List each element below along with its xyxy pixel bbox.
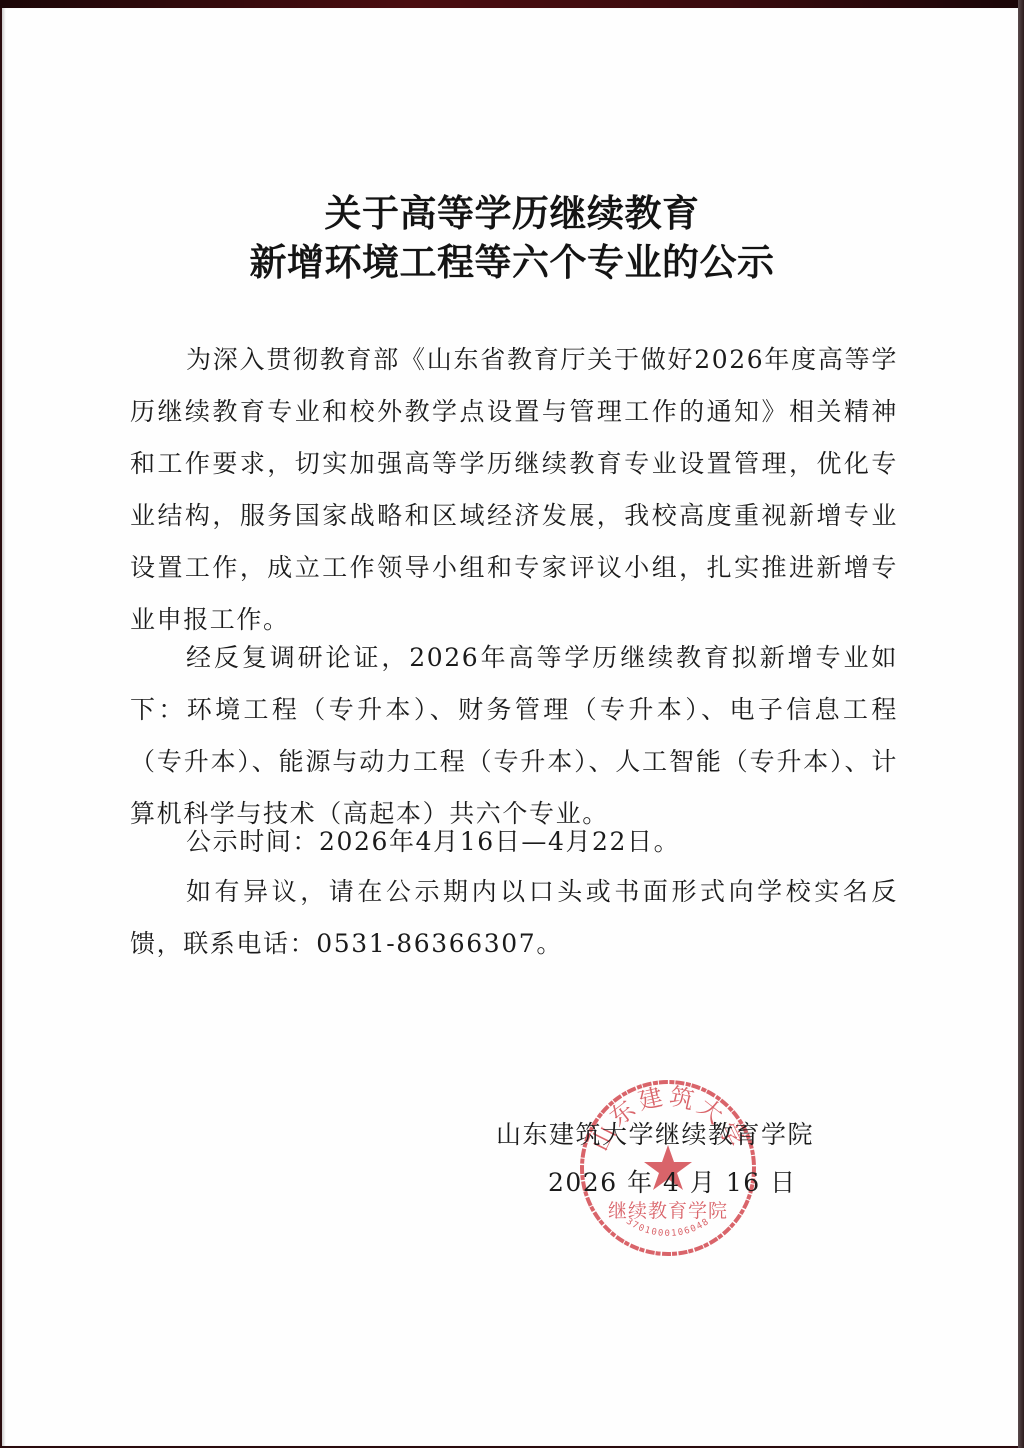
paragraph-background: 为深入贯彻教育部《山东省教育厅关于做好2026年度高等学历继续教育专业和校外教学… xyxy=(130,334,898,646)
paragraph-text: 公示时间：2026年4月16日—4月22日。 xyxy=(130,816,898,868)
signature-date: 2026 年 4 月 16 日 xyxy=(548,1163,797,1199)
paragraph-publicity-period: 公示时间：2026年4月16日—4月22日。 xyxy=(130,816,898,868)
paragraph-text: 为深入贯彻教育部《山东省教育厅关于做好2026年度高等学历继续教育专业和校外教学… xyxy=(130,334,898,646)
stamp-bottom-text: 继续教育学院 xyxy=(608,1200,728,1222)
paragraph-text: 经反复调研论证，2026年高等学历继续教育拟新增专业如下：环境工程（专升本）、财… xyxy=(130,632,898,840)
scanned-document: 关于高等学历继续教育 新增环境工程等六个专业的公示 为深入贯彻教育部《山东省教育… xyxy=(0,0,1024,1448)
paragraph-contact: 如有异议，请在公示期内以口头或书面形式向学校实名反馈，联系电话：0531-863… xyxy=(130,866,898,970)
paragraph-new-majors: 经反复调研论证，2026年高等学历继续教育拟新增专业如下：环境工程（专升本）、财… xyxy=(130,632,898,840)
paragraph-text: 如有异议，请在公示期内以口头或书面形式向学校实名反馈，联系电话：0531-863… xyxy=(130,866,898,970)
document-title-line-1: 关于高等学历继续教育 xyxy=(0,189,1024,237)
scan-top-border xyxy=(0,0,1024,8)
signature-organization: 山东建筑大学继续教育学院 xyxy=(496,1115,814,1151)
document-title-line-2: 新增环境工程等六个专业的公示 xyxy=(0,238,1024,286)
